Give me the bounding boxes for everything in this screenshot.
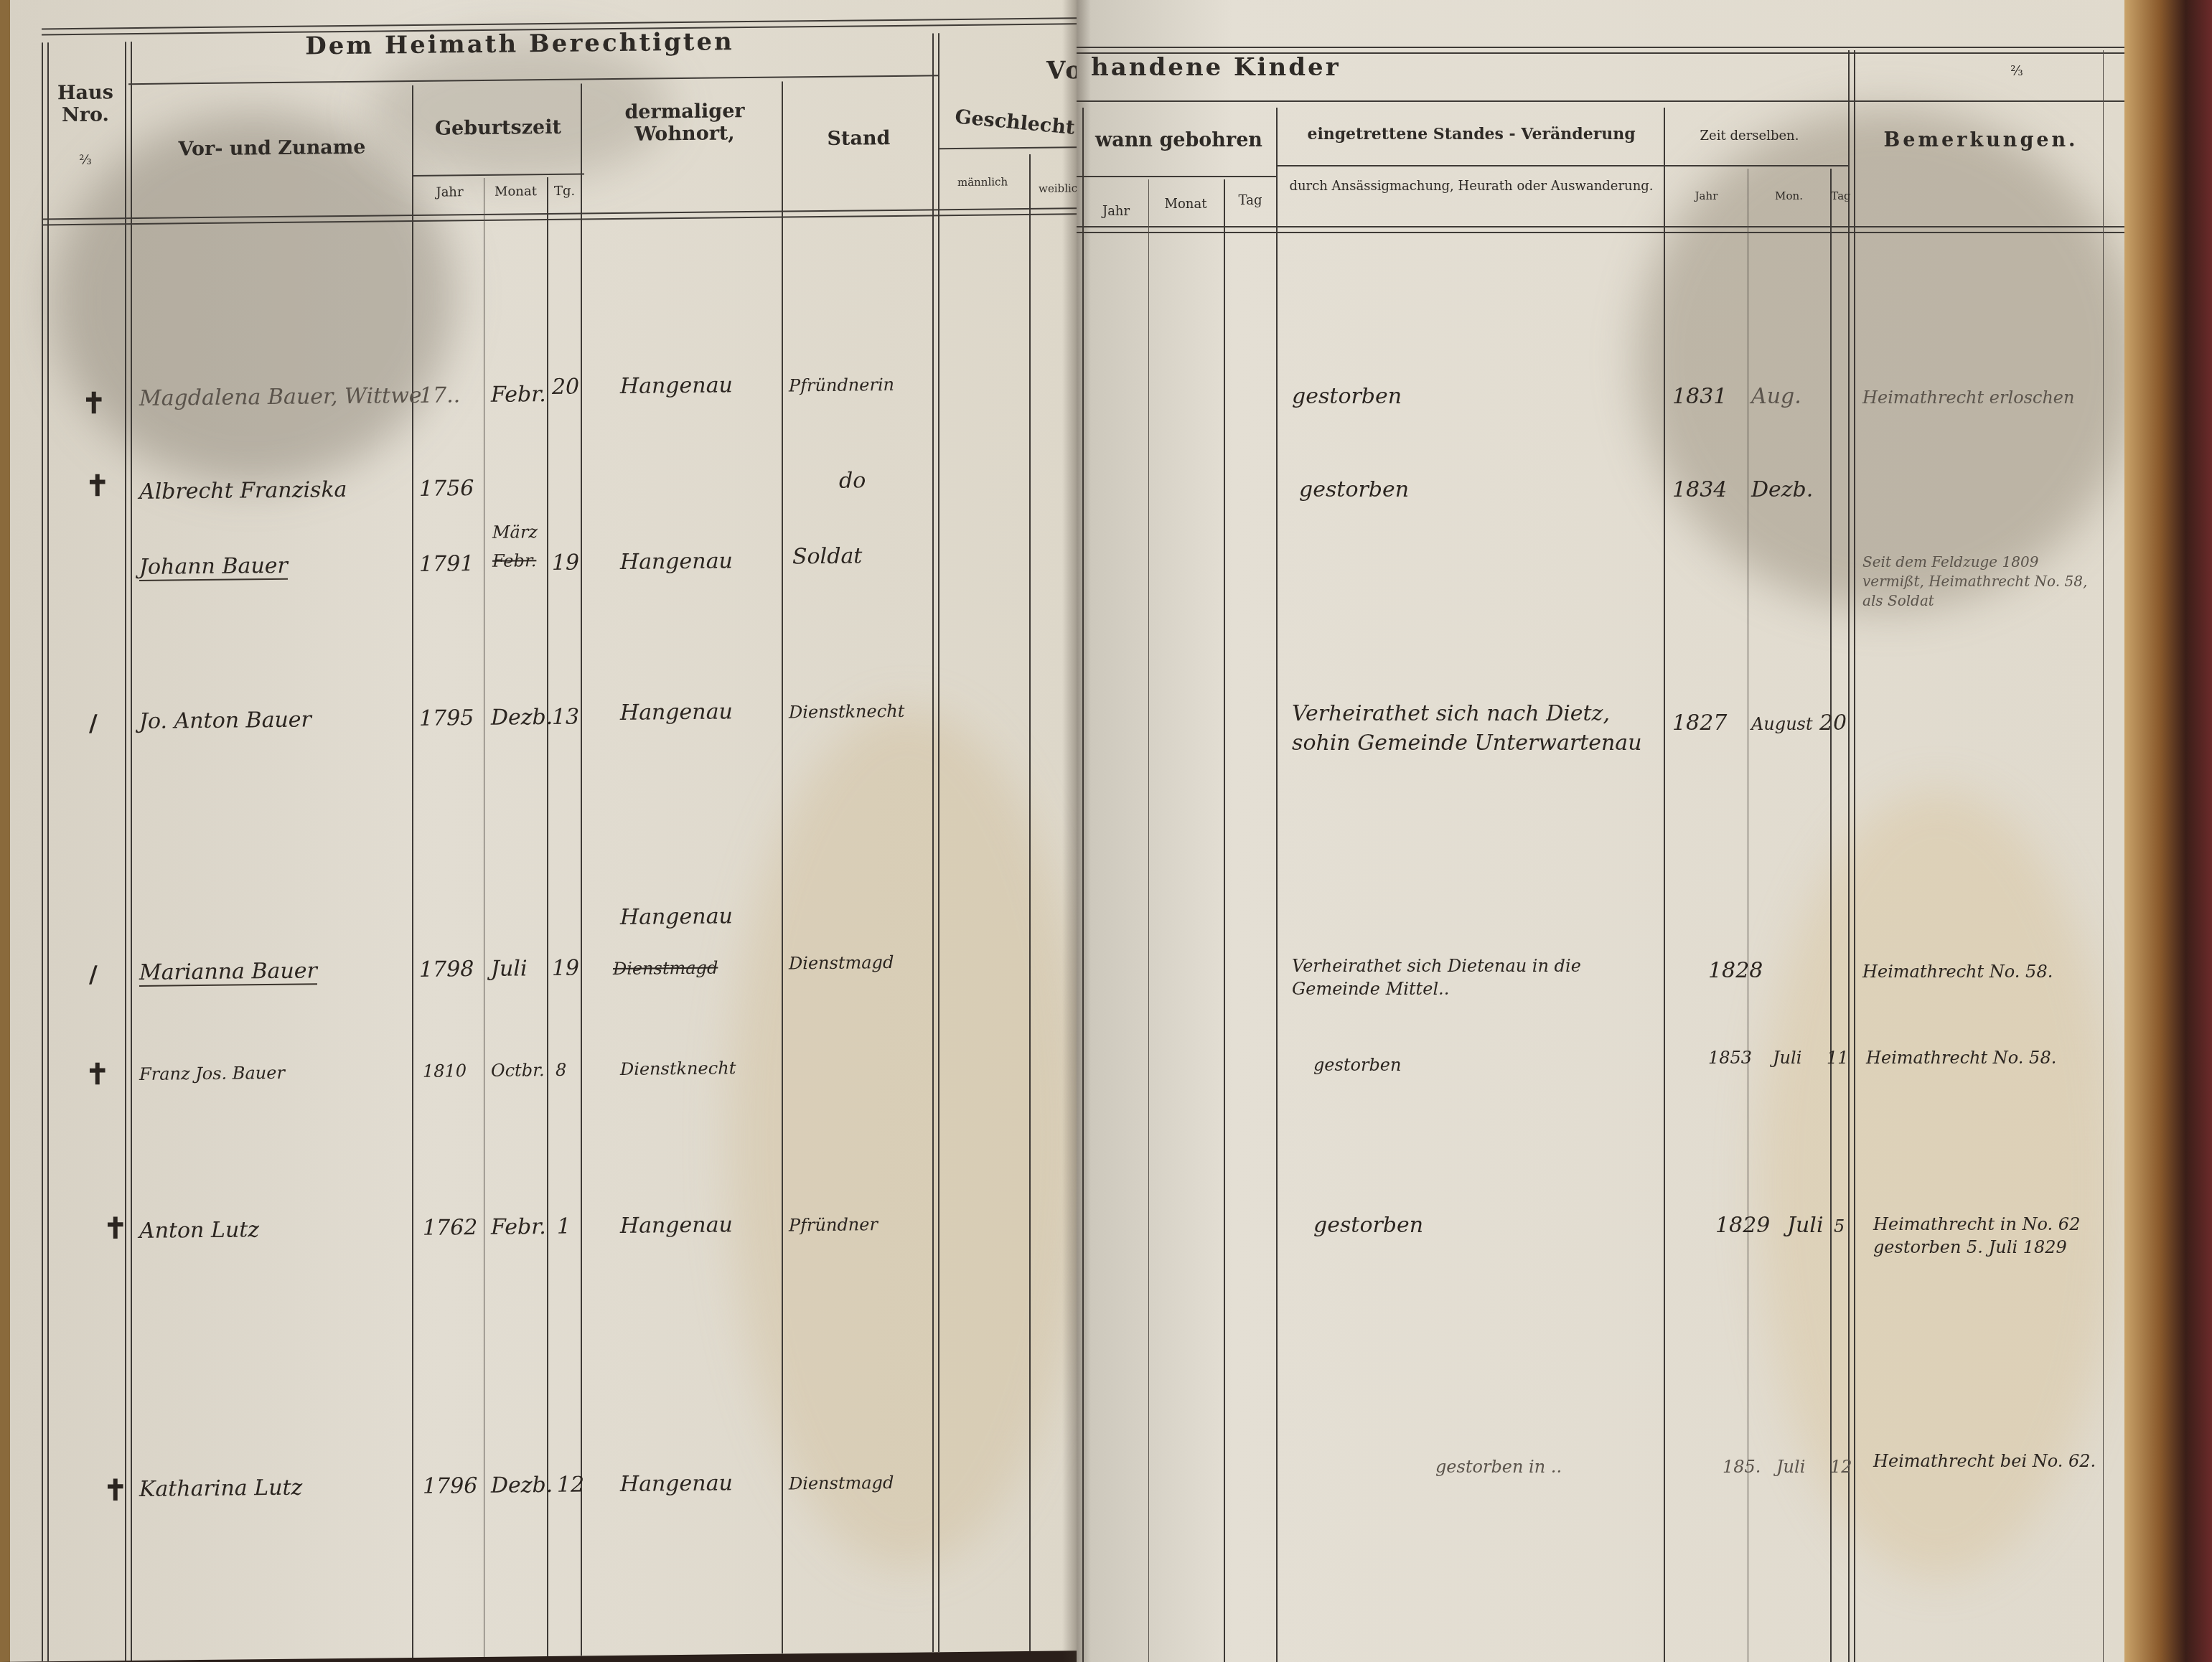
person-name: Marianna Bauer (139, 958, 317, 987)
change-month: August (1751, 714, 1813, 734)
status-change: gestorben (1313, 1055, 1401, 1075)
birth-day: 19 (552, 956, 579, 981)
status: do (839, 468, 866, 493)
birth-day: 12 (557, 1472, 584, 1497)
status-change: Verheirathet sich nach Dietz, sohin Geme… (1292, 700, 1651, 758)
birth-month: Dezb. (491, 1473, 553, 1498)
person-name: Franz Jos. Bauer (139, 1063, 285, 1084)
header-birth: Geburtszeit (416, 116, 581, 140)
book-fore-edge (2124, 0, 2212, 1662)
col-rule (1664, 108, 1665, 1662)
subheader-rule (1665, 165, 1848, 166)
status: Soldat (792, 543, 862, 569)
birth-day: 13 (552, 705, 579, 730)
header-date-year: Jahr (1669, 190, 1744, 202)
status: Dienstknecht (789, 701, 904, 723)
remarks: Heimathrecht bei No. 62. (1873, 1450, 2103, 1473)
header-born: wann gebohren (1084, 129, 1274, 151)
header-residence: dermaliger Wohnort, (606, 100, 764, 146)
col-rule (581, 84, 582, 1656)
water-stain (1636, 108, 2124, 610)
deceased-cross-mark: ✝ (82, 386, 106, 420)
change-day: 5 (1834, 1216, 1845, 1236)
col-rule (2103, 50, 2104, 1662)
header-remarks: Bemerkungen. (1859, 129, 2103, 151)
status-change: gestorben in .. (1435, 1457, 1562, 1477)
birth-year: 1791 (419, 551, 474, 577)
change-day: 12 (1830, 1457, 1852, 1477)
header-haus-value: ⅔ (50, 153, 121, 169)
line-mark: / (89, 710, 98, 737)
header-date: Zeit derselben. (1669, 129, 1830, 144)
birth-month: Febr. (491, 382, 546, 408)
header-haus: Haus Nro. (50, 81, 121, 126)
change-month: Juli (1787, 1213, 1824, 1238)
birth-day: 19 (552, 550, 579, 576)
change-day: 11 (1827, 1048, 1849, 1068)
remarks: Heimathrecht in No. 62 gestorben 5. Juli… (1873, 1213, 2103, 1259)
birth-day: 1 (557, 1214, 571, 1239)
col-rule (1748, 169, 1748, 1662)
header-rule (128, 75, 939, 85)
status-change: gestorben (1299, 477, 1409, 502)
birth-year: 1796 (423, 1473, 477, 1499)
residence: Dienstknecht (620, 1058, 736, 1079)
header-male: männlich (939, 176, 1026, 189)
deceased-cross-mark: ✝ (103, 1473, 128, 1507)
status: Dienstmagd (789, 1473, 894, 1494)
header-status: Stand (785, 126, 932, 150)
birth-month: Febr. (491, 1214, 546, 1240)
birth-year: 1810 (423, 1061, 467, 1081)
col-rule (547, 177, 548, 1656)
book-gutter (1062, 0, 1091, 1662)
col-rule (1848, 50, 1855, 1662)
header-date-month: Mon. (1751, 190, 1827, 202)
person-name: Magdalena Bauer, Wittwe (139, 383, 422, 411)
status: Pfründner (789, 1214, 878, 1235)
birth-month: Juli (491, 956, 528, 982)
residence: Hangenau (620, 1470, 733, 1497)
birth-year: 1795 (419, 705, 474, 731)
header-name: Vor- und Zuname (132, 136, 412, 161)
residence: Hangenau (620, 903, 733, 930)
birth-month: März (492, 522, 538, 543)
right-page: handene Kinder wann gebohren Jahr Monat … (1077, 0, 2124, 1662)
birth-day: 8 (556, 1060, 566, 1080)
birth-year: 1798 (419, 957, 474, 982)
person-name: Albrecht Franziska (139, 477, 347, 504)
status: Pfründnerin (789, 375, 894, 396)
person-name: Anton Lutz (139, 1217, 259, 1244)
change-year: 1827 (1672, 710, 1727, 736)
birth-day: 20 (552, 375, 579, 400)
status-change: gestorben (1292, 384, 1402, 409)
line-mark: / (89, 961, 98, 988)
residence: Hangenau (620, 372, 733, 399)
change-year: 1828 (1708, 958, 1763, 983)
col-rule (782, 82, 783, 1654)
subheader-rule (1278, 165, 1665, 166)
remarks: Seit dem Feldzuge 1809 vermißt, Heimathr… (1862, 553, 2092, 611)
header-change-sub: durch Ansässigmachung, Heurath oder Ausw… (1285, 179, 1658, 194)
change-year: 1831 (1672, 384, 1727, 409)
residence: Hangenau (620, 1212, 733, 1239)
person-name: Jo. Anton Bauer (139, 707, 311, 734)
deceased-cross-mark: ✝ (85, 1057, 110, 1091)
residence-struck: Dienstmagd (613, 958, 718, 980)
birth-month-struck: Febr. (492, 550, 536, 571)
left-page: Haus Nro. ⅔ Dem Heimath Berechtigten Vor… (0, 0, 1090, 1662)
col-rule (932, 33, 939, 1652)
residence: Hangenau (620, 699, 733, 726)
open-register-book: Haus Nro. ⅔ Dem Heimath Berechtigten Vor… (0, 0, 2212, 1662)
col-rule (1276, 108, 1278, 1662)
change-year: 1829 (1715, 1213, 1770, 1238)
header-birth-month: Monat (485, 184, 546, 200)
col-rule (125, 42, 132, 1661)
remarks: Heimathrecht No. 58. (1866, 1048, 2056, 1068)
header-born-month: Monat (1150, 197, 1222, 212)
change-month: Juli (1776, 1457, 1805, 1477)
col-rule (1029, 154, 1031, 1651)
birth-year: 17.. (419, 382, 460, 408)
status: Dienstmagd (789, 952, 894, 974)
subheader-rule (412, 173, 584, 177)
change-year: 1834 (1672, 477, 1727, 502)
header-children-title: handene Kinder (1091, 54, 1378, 82)
header-date-day: Tag (1830, 190, 1852, 202)
change-month: Aug. (1751, 384, 1801, 409)
change-day: 20 (1819, 710, 1847, 736)
subheader-rule (1077, 176, 1278, 177)
change-year: 1853 (1708, 1048, 1752, 1068)
change-month: Juli (1773, 1048, 1801, 1068)
birth-year: 1762 (423, 1215, 477, 1241)
header-birth-year: Jahr (416, 185, 484, 201)
remarks: Heimathrecht erloschen (1862, 388, 2075, 408)
status-change: gestorben (1313, 1213, 1423, 1238)
birth-month: Octbr. (491, 1060, 545, 1081)
header-group-title: Dem Heimath Berechtigten (197, 27, 843, 62)
header-corner-note: ⅔ (1974, 65, 2060, 80)
header-bottom-rule (1077, 226, 2124, 233)
birth-year: 1756 (419, 476, 474, 502)
change-month: Dezb. (1751, 477, 1813, 502)
col-rule (42, 42, 49, 1661)
header-rule (1077, 100, 2124, 102)
col-rule (412, 85, 413, 1658)
status-change: Verheirathet sich Dietenau in die Gemein… (1292, 954, 1665, 1001)
header-born-day: Tag (1225, 194, 1275, 209)
header-birth-day: Tg. (548, 184, 581, 199)
person-name: Katharina Lutz (139, 1475, 302, 1502)
header-change: eingetrettene Standes - Veränderung (1281, 126, 1662, 144)
birth-month: Dezb. (491, 705, 553, 731)
deceased-cross-mark: ✝ (85, 469, 110, 502)
residence: Hangenau (620, 548, 733, 575)
change-year: 185. (1723, 1457, 1761, 1477)
person-name: Johann Bauer (139, 553, 288, 581)
col-rule (1224, 179, 1225, 1662)
col-rule (1148, 179, 1149, 1662)
remarks: Heimathrecht No. 58. (1862, 962, 2053, 982)
col-rule (1830, 169, 1832, 1662)
header-born-year: Jahr (1084, 205, 1148, 220)
col-rule (484, 178, 484, 1657)
deceased-cross-mark: ✝ (103, 1211, 128, 1245)
